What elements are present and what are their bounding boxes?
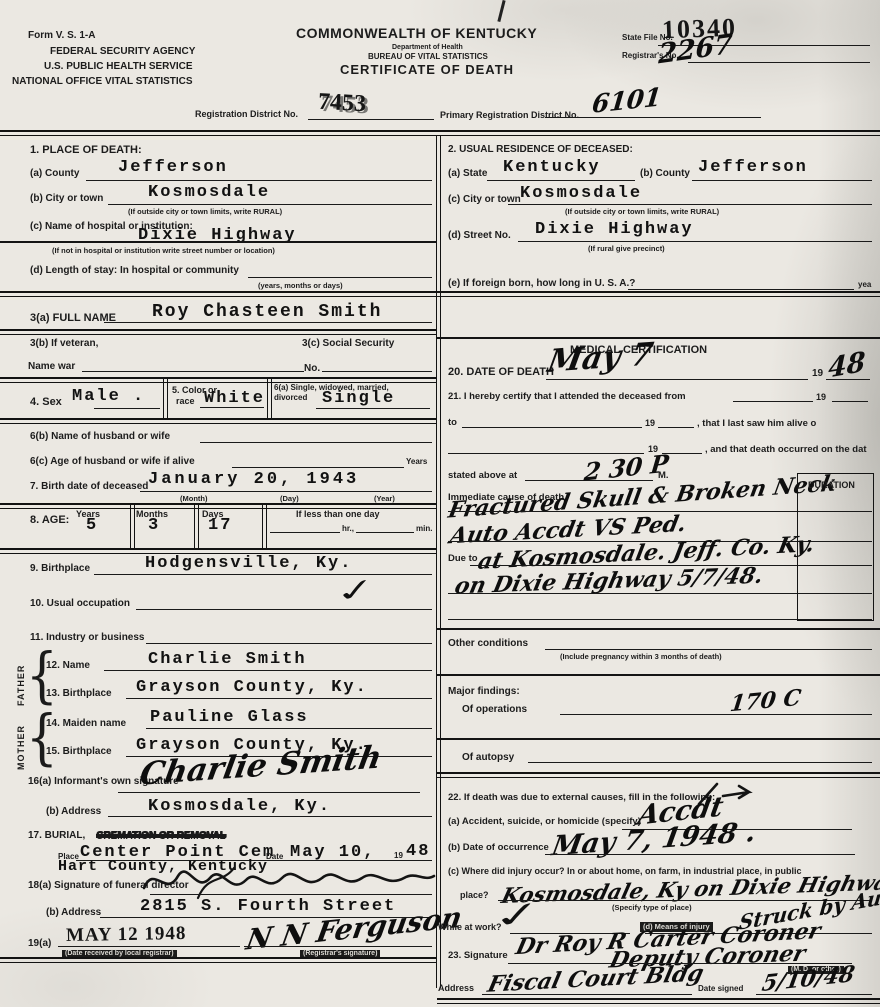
field-line [733, 401, 813, 402]
coroner-signature-label: 23. Signature [448, 950, 508, 961]
place-of-death-title: 1. PLACE OF DEATH: [30, 144, 142, 156]
coroner-address-handwritten: Fiscal Court Bldg [485, 960, 706, 998]
certify-line-3-end: , and that death occurred on the dat [705, 444, 867, 455]
father-name-label: 12. Name [46, 660, 90, 671]
residence-title: 2. USUAL RESIDENCE OF DECEASED: [448, 144, 633, 155]
field-line [104, 670, 432, 671]
cell-divider [130, 503, 135, 548]
field-line [545, 117, 761, 118]
res-street-value: Dixie Highway [535, 220, 694, 239]
field-line [628, 289, 854, 290]
field-line [316, 408, 430, 409]
section-divider [437, 337, 880, 339]
section-divider [437, 998, 880, 1004]
res-state-value: Kentucky [503, 158, 601, 177]
occupation-label: 10. Usual occupation [30, 598, 130, 609]
due-to-label: Due to [448, 553, 478, 564]
field-line [482, 994, 692, 995]
occurrence-date-label: (b) Date of occurrence [448, 842, 549, 853]
res-street-note: (If rural give precinct) [588, 244, 665, 253]
bureau-line: BUREAU OF VITAL STATISTICS [368, 52, 488, 61]
operations-handwritten: 170 C [729, 685, 803, 718]
time-m-label: M. [658, 470, 669, 481]
while-at-work-label: While at work? [438, 922, 502, 932]
cell-divider [267, 377, 272, 418]
other-conditions-note: (Include pregnancy within 3 months of de… [560, 652, 722, 661]
cell-divider [163, 377, 168, 418]
mother-brace: { [26, 702, 58, 772]
section-divider [437, 772, 880, 778]
field-line [692, 180, 872, 181]
field-line [270, 532, 340, 533]
father-brace: { [26, 640, 58, 710]
pod-stay-note: (years, months or days) [258, 281, 343, 290]
spouse-age-unit: Years [406, 457, 427, 466]
res-street-label: (d) Street No. [448, 230, 511, 241]
certify-to-label: to [448, 417, 457, 428]
primary-district-label: Primary Registration District No. [440, 110, 579, 120]
field-line [508, 204, 872, 205]
age-days-value: 17 [208, 516, 232, 535]
cell-divider [194, 503, 199, 548]
field-line [94, 574, 432, 575]
birth-year-note: (Year) [374, 494, 395, 503]
father-group-label: FATHER [16, 665, 26, 706]
spouse-age-label: 6(c) Age of husband or wife if alive [30, 456, 195, 467]
field-line [826, 379, 870, 380]
marital-label-2: divorced [274, 393, 307, 402]
father-birthplace-value: Grayson County, Ky. [136, 678, 368, 697]
res-city-value: Kosmosdale [520, 184, 642, 203]
ssn-no-label: No. [304, 363, 320, 374]
coroner-address-label: Address [438, 983, 474, 993]
certify-year-2: 19 [645, 418, 655, 428]
field-line [248, 277, 432, 278]
field-line [545, 649, 872, 650]
birthplace-label: 9. Birthplace [30, 563, 90, 574]
birth-date-value: January 20, 1943 [148, 470, 359, 489]
marital-value: Single [322, 389, 395, 408]
mother-birthplace-label: 15. Birthplace [46, 746, 112, 757]
pod-county-value: Jefferson [118, 158, 228, 177]
age-less-than-day-label: If less than one day [296, 509, 380, 519]
registration-district-label: Registration District No. [195, 109, 298, 119]
race-label-2: race [176, 396, 195, 406]
form-number: Form V. S. 1-A [28, 30, 95, 41]
age-min-label: min. [416, 524, 432, 533]
of-autopsy-label: Of autopsy [462, 752, 514, 763]
field-line [118, 792, 420, 793]
field-line [545, 854, 855, 855]
birth-month-note: (Month) [180, 494, 207, 503]
pod-hospital-note: (If not in hospital or institution write… [52, 246, 275, 255]
field-line [94, 408, 160, 409]
res-state-label: (a) State [448, 168, 487, 179]
veteran-label: 3(b) If veteran, [30, 338, 98, 349]
sex-value: Male . [72, 387, 145, 406]
informant-address-label: (b) Address [46, 806, 101, 817]
date-of-death-label: 20. DATE OF DEATH [448, 366, 554, 378]
father-birthplace-label: 13. Birthplace [46, 688, 112, 699]
res-foreign-unit: yea [858, 280, 871, 289]
race-value: White [204, 389, 265, 408]
field-line [487, 180, 635, 181]
death-certificate-document: Form V. S. 1-A FEDERAL SECURITY AGENCY U… [0, 0, 880, 1007]
field-line [244, 946, 432, 947]
field-line [200, 407, 264, 408]
spouse-name-label: 6(b) Name of husband or wife [30, 431, 170, 442]
burial-label-struck: CREMATION OR REMOVAL [96, 830, 226, 841]
field-line [560, 714, 872, 715]
pod-county-label: (a) County [30, 168, 79, 179]
field-line [528, 762, 872, 763]
agency-line-3: NATIONAL OFFICE VITAL STATISTICS [12, 76, 193, 87]
field-line [546, 379, 808, 380]
field-line [108, 816, 432, 817]
age-hr-label: hr., [342, 524, 354, 533]
birth-date-label: 7. Birth date of deceased [30, 481, 148, 492]
father-name-value: Charlie Smith [148, 650, 307, 669]
section-divider [0, 957, 436, 963]
age-label: 8. AGE: [30, 514, 69, 526]
field-line [462, 427, 642, 428]
field-line [0, 241, 436, 243]
res-county-label: (b) County [640, 168, 690, 179]
field-line [308, 119, 434, 120]
veteran-name-war-label: Name war [28, 361, 75, 372]
field-line [658, 427, 694, 428]
department-line: Department of Health [392, 44, 463, 51]
field-line [126, 698, 432, 699]
certify-line-2-end: , that I last saw him alive o [697, 418, 816, 429]
field-line [104, 322, 432, 323]
field-line [688, 62, 870, 63]
field-line [82, 371, 304, 372]
certificate-title: CERTIFICATE OF DEATH [340, 62, 514, 77]
res-county-value: Jefferson [698, 158, 808, 177]
field-line [140, 491, 432, 492]
field-line [146, 643, 432, 644]
full-name-value: Roy Chasteen Smith [152, 302, 382, 322]
section-divider [0, 329, 436, 335]
field-line [200, 442, 432, 443]
ssn-label: 3(c) Social Security [302, 338, 394, 349]
mother-maiden-name-label: 14. Maiden name [46, 718, 126, 729]
field-line [150, 894, 432, 895]
other-conditions-label: Other conditions [448, 638, 528, 649]
funeral-director-address-label: (b) Address [46, 907, 101, 918]
section-divider [437, 628, 880, 630]
field-line [146, 728, 432, 729]
stated-above-label: stated above at [448, 470, 517, 481]
agency-line-2: U.S. PUBLIC HEALTH SERVICE [44, 61, 193, 72]
pod-city-label: (b) City or town [30, 193, 103, 204]
pod-stay-label: (d) Length of stay: In hospital or commu… [30, 265, 239, 276]
field-line [356, 532, 414, 533]
mother-maiden-name-value: Pauline Glass [150, 708, 309, 727]
field-line [58, 946, 240, 947]
certify-line-1: 21. I hereby certify that I attended the… [448, 391, 686, 402]
field-line [756, 994, 872, 995]
informant-address-value: Kosmosdale, Ky. [148, 797, 331, 816]
occupation-checkmark: ✓ [332, 571, 379, 610]
birth-day-note: (Day) [280, 494, 299, 503]
major-findings-label: Major findings: [448, 686, 520, 697]
where-injury-label-2: place? [460, 890, 489, 900]
field-line [518, 241, 872, 242]
sex-label: 4. Sex [30, 396, 62, 408]
res-foreign-label: (e) If foreign born, how long in U. S. A… [448, 278, 635, 289]
field-line [108, 204, 432, 205]
mother-group-label: MOTHER [16, 725, 26, 770]
cell-divider [262, 503, 267, 548]
age-months-value: 3 [148, 516, 160, 535]
section-divider [0, 291, 880, 297]
field-line [832, 401, 868, 402]
section-divider [0, 418, 436, 424]
date-of-death-handwritten: May 7 [545, 336, 656, 380]
duration-label: DURATION [808, 480, 855, 490]
field-line [232, 467, 404, 468]
registration-district-number-stamp: 7453 [317, 89, 366, 118]
pod-city-note: (If outside city or town limits, write R… [128, 207, 282, 216]
of-operations-label: Of operations [462, 704, 527, 715]
field-line [86, 180, 432, 181]
agency-line-1: FEDERAL SECURITY AGENCY [50, 46, 195, 57]
primary-district-number-handwritten: 6101 [591, 82, 663, 119]
commonwealth-title: COMMONWEALTH OF KENTUCKY [296, 25, 537, 41]
field-line [136, 609, 432, 610]
field-line [322, 371, 432, 372]
dod-year-printed: 19 [812, 368, 823, 379]
accident-label: (a) Accident, suicide, or homicide (spec… [448, 816, 641, 827]
date-signed-label: Date signed [698, 984, 743, 993]
received-label: 19(a) [28, 938, 51, 949]
date-received-stamp: MAY 12 1948 [66, 923, 187, 947]
section-divider [437, 738, 880, 740]
stray-pen-mark [497, 0, 505, 22]
burial-label: 17. BURIAL, [28, 830, 85, 841]
birthplace-value: Hodgensville, Ky. [145, 554, 352, 573]
certify-year-1: 19 [816, 392, 826, 402]
res-city-note: (If outside city or town limits, write R… [565, 207, 719, 216]
pod-city-value: Kosmosdale [148, 183, 270, 202]
where-injury-note: (Specify type of place) [612, 903, 692, 912]
age-years-value: 5 [86, 516, 98, 535]
section-divider [437, 674, 880, 676]
duration-box [797, 473, 874, 621]
